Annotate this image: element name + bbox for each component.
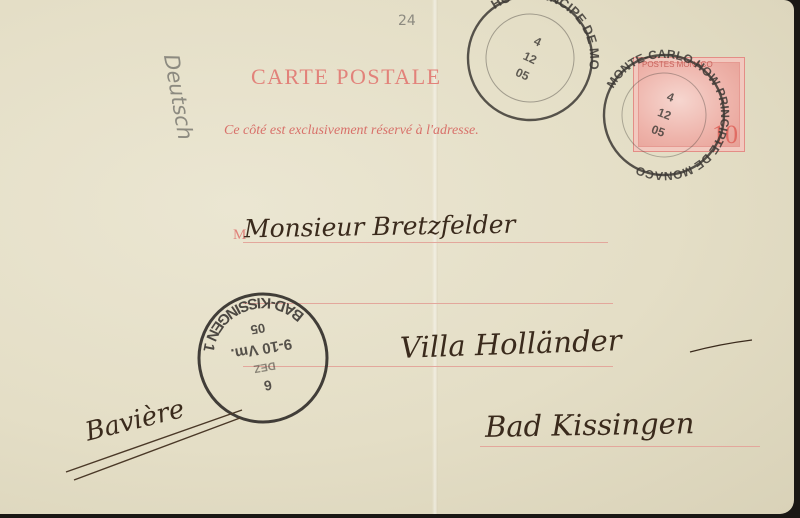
monte-carlo-postmark-2: MONTE-CARLO HOW PRINCIPTE DE MONACO 4 12…: [577, 28, 751, 202]
handwriting-flourish: [690, 340, 752, 352]
region-underline: [66, 410, 242, 480]
postmark-3-date-day: 6: [262, 377, 273, 394]
postmark-3-date-month: DEZ: [252, 359, 276, 375]
bad-kissingen-postmark: BAD-KISSINGEN 1 6 DEZ 9-10 Vm. 05: [189, 284, 337, 432]
monte-carlo-postmark-1: HOW PRINCIPE DE MO 4 12 05: [447, 0, 624, 144]
postcard: CARTE POSTALE Ce côté est exclusivement …: [0, 0, 794, 514]
postmark-1-date-day: 4: [532, 34, 544, 50]
postmark-3-date-year: 05: [249, 320, 266, 337]
postmark-1-date-month: 12: [521, 49, 539, 67]
postmark-2-date-day: 4: [665, 89, 676, 105]
postmark-1-date-year: 05: [513, 65, 531, 83]
postmark-2-date-year: 05: [650, 122, 668, 140]
cancellations-layer: HOW PRINCIPE DE MO 4 12 05 MONTE-CARLO H…: [0, 0, 794, 514]
postmark-1-ring-text: HOW PRINCIPE DE MO: [479, 0, 624, 75]
postmark-2-date-month: 12: [656, 105, 674, 123]
svg-text:HOW PRINCIPE DE MO: HOW PRINCIPE DE MO: [479, 0, 624, 75]
postmark-3-date-time: 9-10 Vm.: [229, 335, 293, 362]
